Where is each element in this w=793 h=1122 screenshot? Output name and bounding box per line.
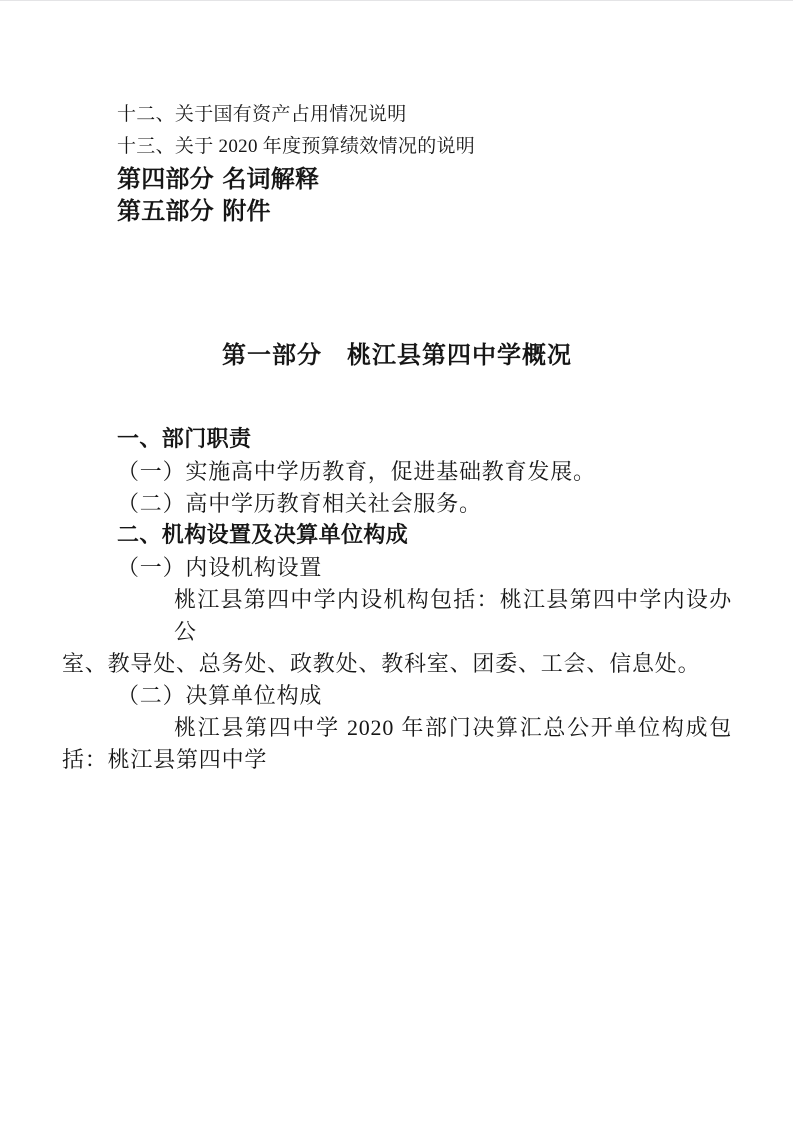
unit-composition-paragraph-line-2: 括：桃江县第四中学 (62, 744, 732, 776)
document-page: 十二、关于国有资产占用情况说明 十三、关于 2020 年度预算绩效情况的说明 第… (0, 0, 793, 1122)
toc-item-part5: 第五部分 附件 (62, 195, 732, 227)
internal-org-paragraph-line-1: 桃江县第四中学内设机构包括：桃江县第四中学内设办公 (62, 584, 732, 648)
toc-item-part4: 第四部分 名词解释 (62, 163, 732, 195)
toc-item-13: 十三、关于 2020 年度预算绩效情况的说明 (62, 131, 732, 163)
section-2-title: 二、机构设置及决算单位构成 (62, 520, 732, 552)
section-1-item-1: （一）实施高中学历教育，促进基础教育发展。 (62, 456, 732, 488)
section-1-title: 一、部门职责 (62, 424, 732, 456)
toc-item-12: 十二、关于国有资产占用情况说明 (62, 99, 732, 131)
document-body: 一、部门职责 （一）实施高中学历教育，促进基础教育发展。 （二）高中学历教育相关… (62, 424, 732, 776)
part1-heading: 第一部分 桃江县第四中学概况 (62, 337, 732, 373)
internal-org-paragraph-line-2: 室、教导处、总务处、政教处、教科室、团委、工会、信息处。 (62, 648, 732, 680)
section-2-item-2-title: （二）决算单位构成 (62, 680, 732, 712)
section-2-item-1-title: （一）内设机构设置 (62, 552, 732, 584)
unit-composition-paragraph-line-1: 桃江县第四中学 2020 年部门决算汇总公开单位构成包 (62, 712, 732, 744)
toc-list: 十二、关于国有资产占用情况说明 十三、关于 2020 年度预算绩效情况的说明 第… (62, 99, 732, 227)
section-1-item-2: （二）高中学历教育相关社会服务。 (62, 488, 732, 520)
